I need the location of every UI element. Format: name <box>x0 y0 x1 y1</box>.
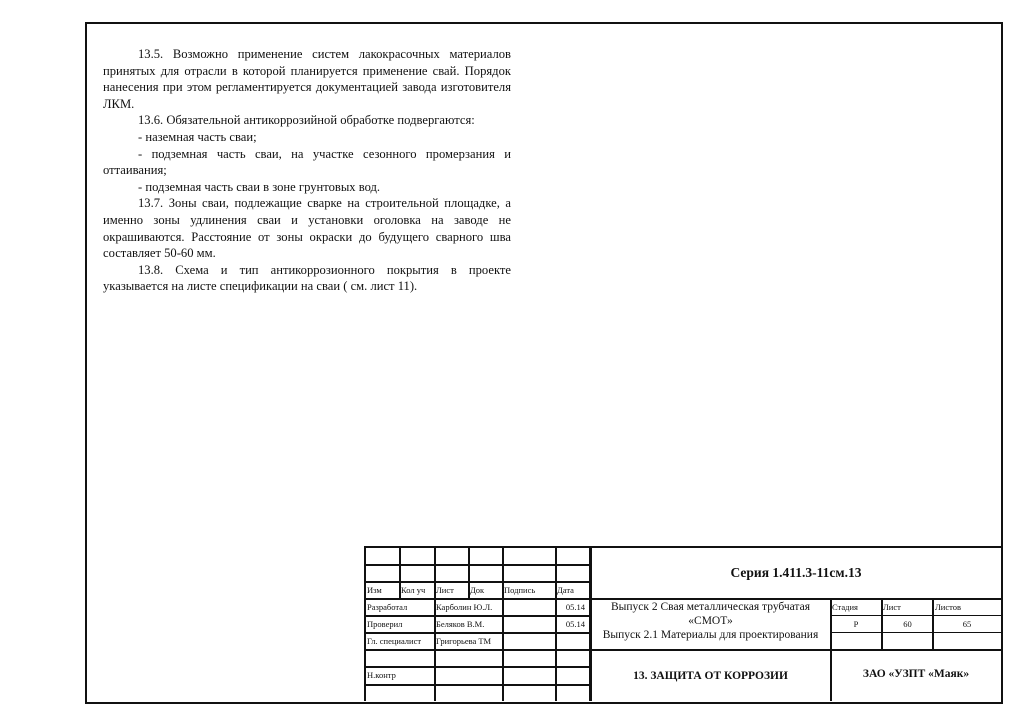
stage-value: Р <box>832 616 880 633</box>
header-izm: Изм <box>367 582 398 599</box>
header-list: Лист <box>436 582 467 599</box>
grid-line <box>364 564 590 566</box>
sheet-value: 60 <box>883 616 932 633</box>
paragraph: - наземная часть сваи; <box>103 129 511 146</box>
grid-line <box>364 546 366 701</box>
sheet-label: Лист <box>883 599 932 616</box>
vypusk-line: Выпуск 2.1 Материалы для проектирования <box>591 628 830 642</box>
role-date: 05.14 <box>557 599 585 616</box>
header-kol-uch: Кол уч <box>401 582 433 599</box>
body-text: 13.5. Возможно применение систем лакокра… <box>103 46 511 295</box>
role-label: Проверил <box>367 616 433 633</box>
series-title: Серия 1.411.3-11см.13 <box>591 548 1001 598</box>
grid-line <box>364 684 590 686</box>
paragraph: 13.8. Схема и тип антикоррозионного покр… <box>103 262 511 295</box>
paragraph: 13.7. Зоны сваи, подлежащие сварке на ст… <box>103 195 511 261</box>
role-name: Беляков В.М. <box>436 616 502 633</box>
role-label: Гл. специалист <box>367 633 433 650</box>
paragraph: 13.6. Обязательной антикоррозийной обраб… <box>103 112 511 129</box>
role-date: 05.14 <box>557 616 585 633</box>
vypusk-line: Выпуск 2 Свая металлическая трубчатая <box>591 600 830 614</box>
role-name: Карболин Ю.Л. <box>436 599 502 616</box>
paragraph: 13.5. Возможно применение систем лакокра… <box>103 46 511 112</box>
grid-line <box>932 598 934 650</box>
vypusk-description: Выпуск 2 Свая металлическая трубчатая «С… <box>591 600 830 642</box>
stage-label: Стадия <box>832 599 880 616</box>
sheets-value: 65 <box>935 616 999 633</box>
header-podpis: Подпись <box>504 582 554 599</box>
vypusk-line: «СМОТ» <box>591 614 830 628</box>
header-data: Дата <box>557 582 588 599</box>
sheets-label: Листов <box>935 599 999 616</box>
grid-line <box>502 546 504 701</box>
section-title: 13. ЗАЩИТА ОТ КОРРОЗИИ <box>591 651 830 701</box>
role-label: Разработал <box>367 599 433 616</box>
paragraph: - подземная часть сваи, на участке сезон… <box>103 146 511 179</box>
organization-name: ЗАО «УЗПТ «Маяк» <box>831 651 1001 697</box>
role-name: Григорьева ТМ <box>436 633 502 650</box>
role-label: Н.контр <box>367 667 433 684</box>
paragraph: - подземная часть сваи в зоне грунтовых … <box>103 179 511 196</box>
header-dok: Док <box>470 582 501 599</box>
